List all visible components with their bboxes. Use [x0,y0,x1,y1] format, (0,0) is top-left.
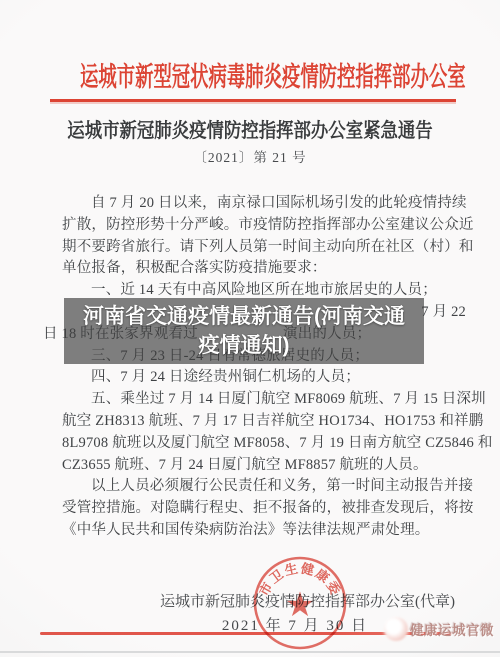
body-line: 扩散，防控形势十分严峻。市疫情防控指挥部办公室建议公众近 [62,215,448,237]
watermark-logo-icon [384,617,408,641]
overlay-caption-line1: 河南省交通疫情最新通告(河南交通 [83,302,405,331]
body-line: CZ3655 航班、7 月 24 日厦门航空 MF8857 航班的人员。 [62,455,448,477]
notice-body: 自 7 月 20 日以来，南京禄口国际机场引发的此轮疫情持续 扩散，防控形势十分… [62,193,448,542]
body-line: 受管控措施。对隐瞒行程史、拒不报备的，被排查发现后，将按 [62,498,448,520]
photo-bottom-edge [0,651,500,653]
watermark-text: 健康运城官微 [410,619,494,639]
scanned-notice-photo: 运城市新型冠状病毒肺炎疫情防控指挥部办公室 运城市新冠肺炎疫情防控指挥部办公室紧… [0,0,500,657]
masthead-underline [50,99,456,102]
notice-title: 运城市新冠肺炎疫情防控指挥部办公室紧急通告 [33,117,468,145]
body-line: 单位报备，积极配合落实防疫措施要求： [62,258,448,280]
body-line: 五、乘坐过 7 月 14 日厦门航空 MF8069 航班、7 月 15 日深圳 [62,389,448,411]
star-icon: ★ [285,585,315,625]
body-line: 四、7 月 24 日途经贵州铜仁机场的人员； [62,367,448,389]
body-line: 《中华人民共和国传染病防治法》等法律法规严肃处理。 [62,520,448,542]
body-line: 航空 ZH8313 航班、7 月 17 日吉祥航空 HO1734、HO1753 … [62,411,448,433]
official-seal: 市卫生健康委 ★ [252,555,348,651]
masthead-title: 运城市新型冠状病毒肺炎疫情防控指挥部办公室 [80,57,420,97]
watermark: 健康运城官微 [384,614,496,644]
body-line: 期不要跨省旅行。请下列人员第一时间主动向所在社区（村）和 [62,237,448,259]
body-line: 以上人员必须履行公民责任和义务，第一时间主动报告并接 [62,476,448,498]
overlay-caption-line2: 疫情通知) [199,331,290,360]
overlay-caption-banner: 河南省交通疫情最新通告(河南交通 疫情通知) [64,298,424,364]
body-line: 8L9708 航班以及厦门航空 MF8058、7 月 19 日南方航空 CZ58… [62,433,448,455]
doc-number: 〔2021〕第 21 号 [0,149,500,167]
body-line: 自 7 月 20 日以来，南京禄口国际机场引发的此轮疫情持续 [62,193,448,215]
